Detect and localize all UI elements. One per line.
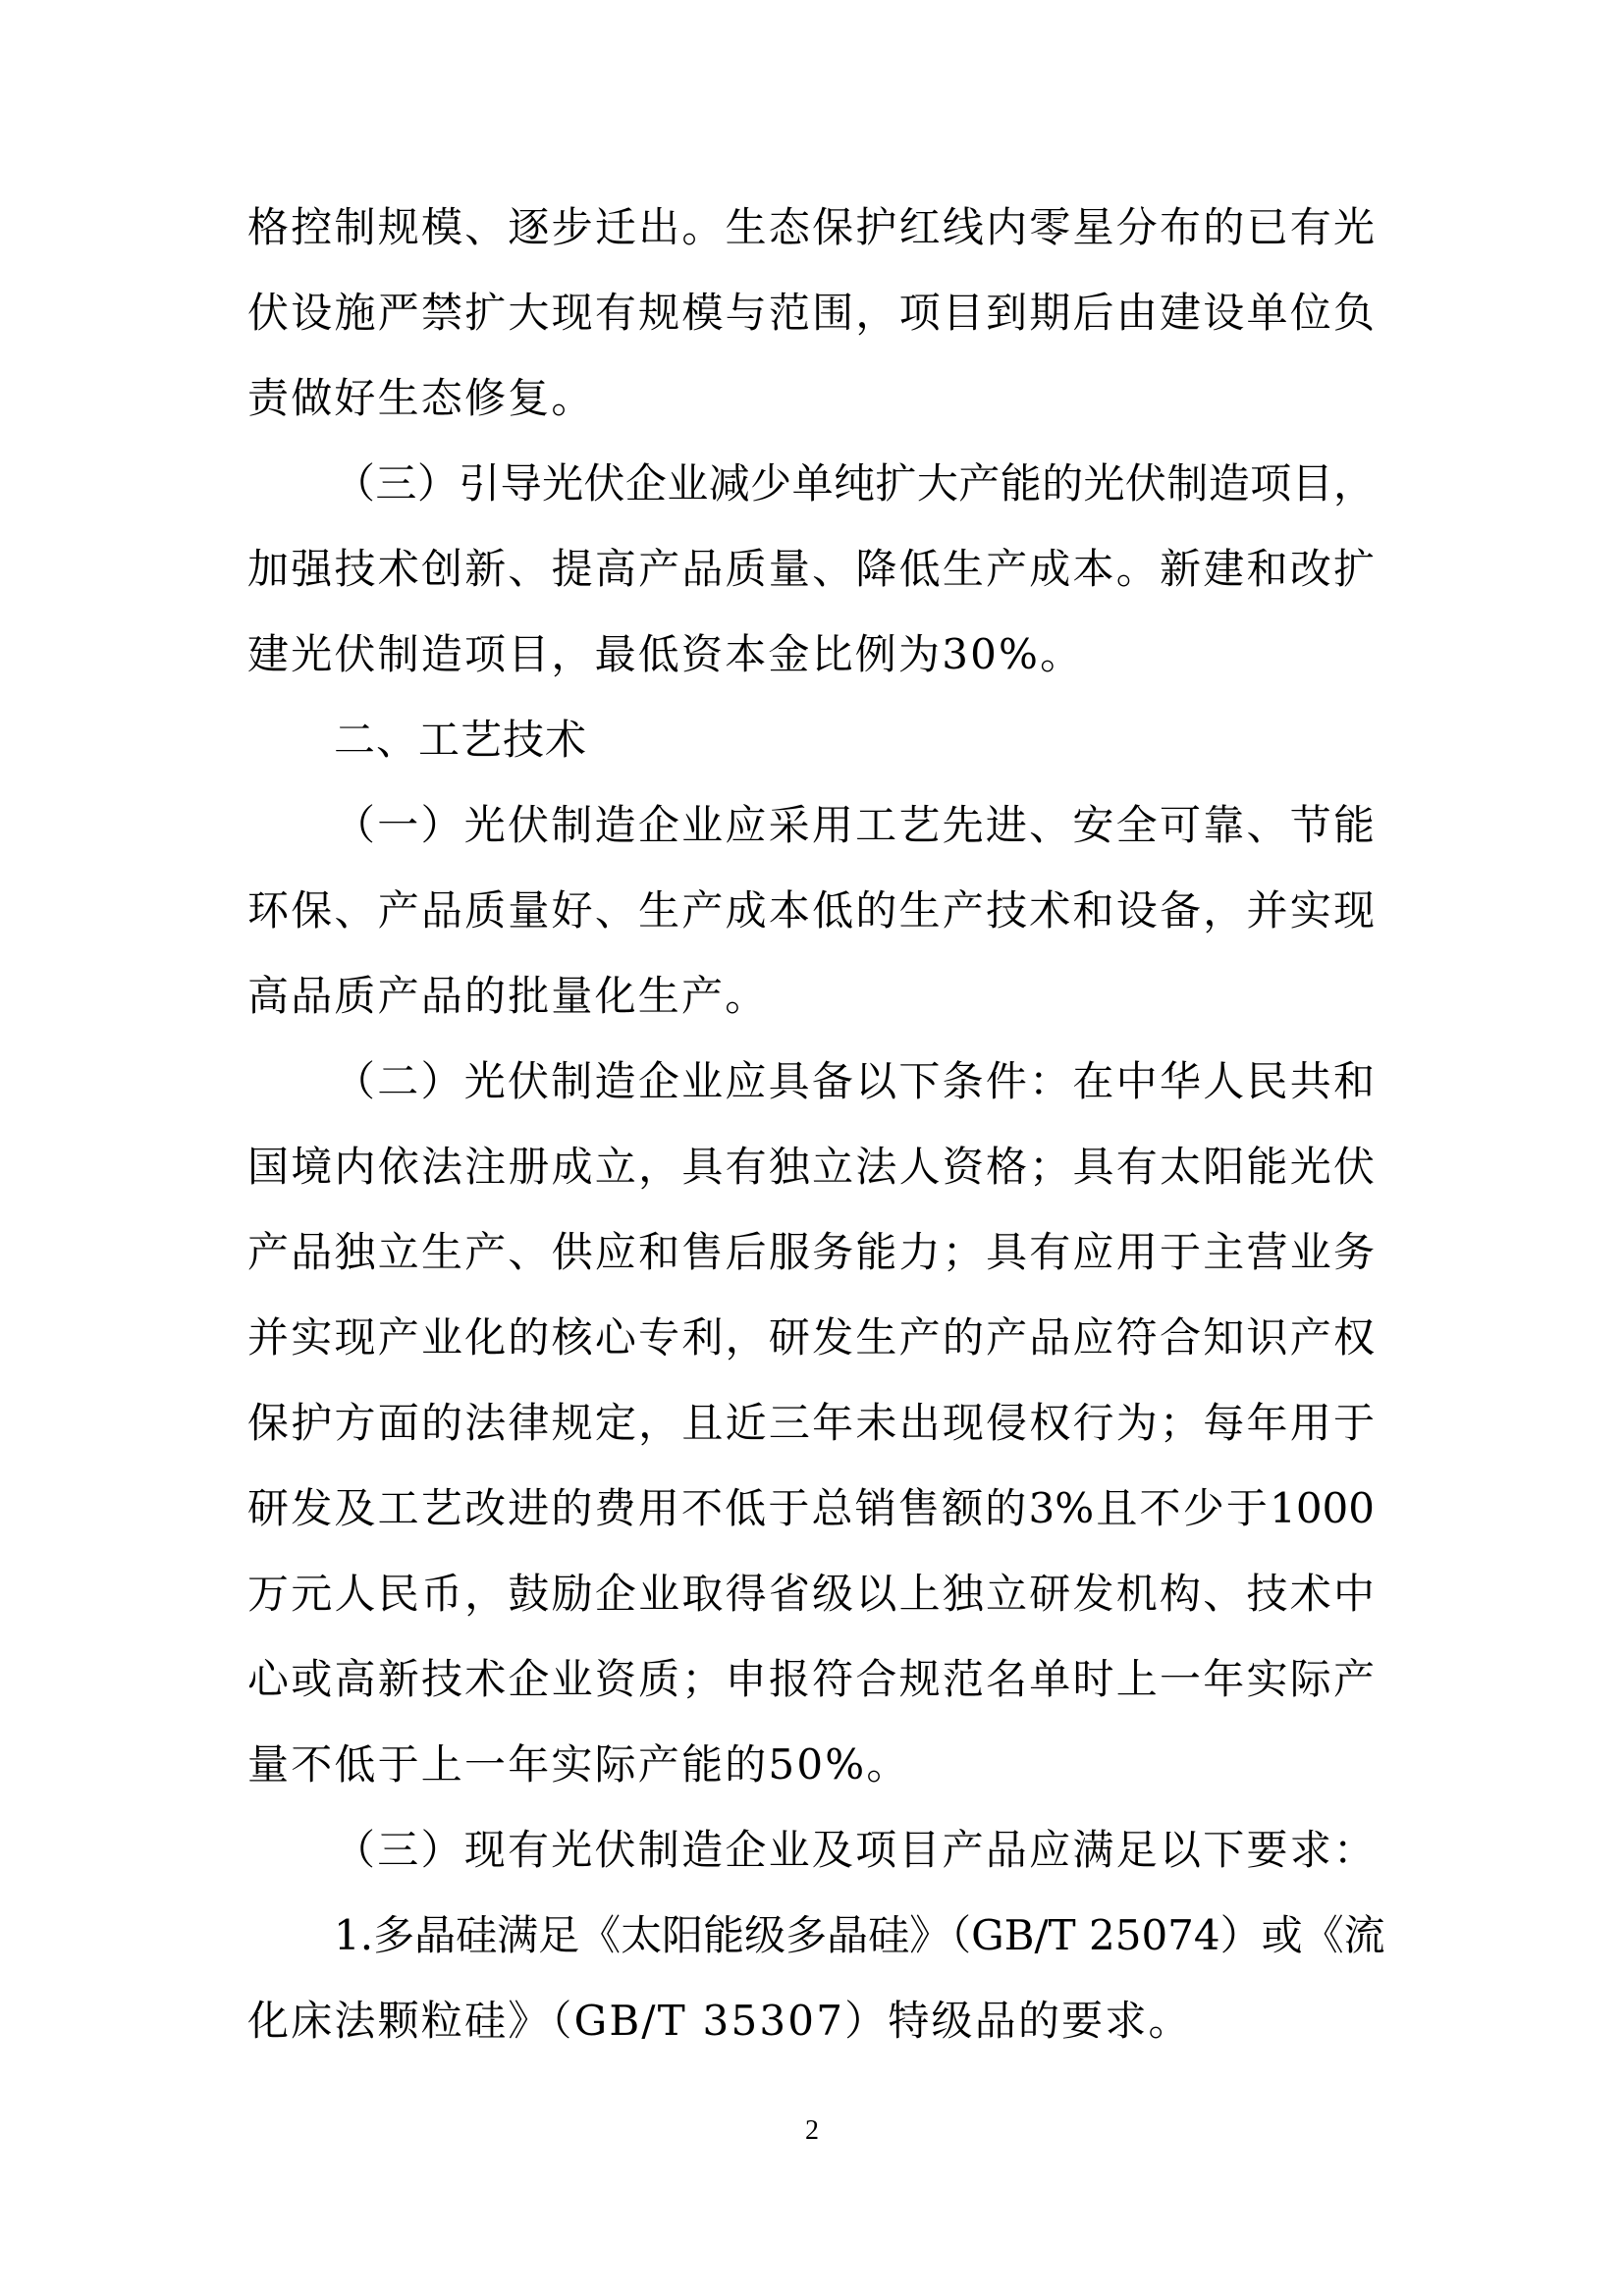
paragraph-line: 化床法颗粒硅》（GB/T 35307）特级品的要求。 (247, 1978, 1386, 2063)
paragraph-line: 量不低于上一年实际产能的50%。 (247, 1722, 1386, 1807)
paragraph-line: 并实现产业化的核心专利，研发生产的产品应符合知识产权 (247, 1295, 1375, 1380)
document-page: 格控制规模、逐步迁出。生态保护红线内零星分布的已有光 伏设施严禁扩大现有规模与范… (0, 0, 1624, 2296)
section-heading: 二、工艺技术 (247, 697, 1386, 782)
page-number: 2 (0, 2115, 1624, 2147)
document-body: 格控制规模、逐步迁出。生态保护红线内零星分布的已有光 伏设施严禁扩大现有规模与范… (247, 185, 1386, 2063)
paragraph-line: 环保、产品质量好、生产成本低的生产技术和设备，并实现 (247, 868, 1375, 953)
paragraph-line: 产品独立生产、供应和售后服务能力；具有应用于主营业务 (247, 1209, 1375, 1295)
paragraph-line: 责做好生态修复。 (247, 355, 1386, 441)
paragraph-line: 高品质产品的批量化生产。 (247, 953, 1386, 1039)
paragraph-line: （三）引导光伏企业减少单纯扩大产能的光伏制造项目， (247, 441, 1375, 526)
paragraph-line: 研发及工艺改进的费用不低于总销售额的3%且不少于1000 (247, 1466, 1375, 1551)
paragraph-line: 心或高新技术企业资质；申报符合规范名单时上一年实际产 (247, 1636, 1375, 1722)
paragraph-line: 加强技术创新、提高产品质量、降低生产成本。新建和改扩 (247, 526, 1375, 612)
paragraph-line: 万元人民币，鼓励企业取得省级以上独立研发机构、技术中 (247, 1551, 1375, 1636)
paragraph-line: 保护方面的法律规定，且近三年未出现侵权行为；每年用于 (247, 1380, 1375, 1466)
paragraph-line: 1.多晶硅满足《太阳能级多晶硅》（GB/T 25074）或《流 (247, 1893, 1375, 1978)
paragraph-line: （二）光伏制造企业应具备以下条件：在中华人民共和 (247, 1039, 1375, 1124)
paragraph-line: 国境内依法注册成立，具有独立法人资格；具有太阳能光伏 (247, 1124, 1375, 1209)
paragraph-line: （三）现有光伏制造企业及项目产品应满足以下要求： (247, 1807, 1375, 1893)
paragraph-line: 格控制规模、逐步迁出。生态保护红线内零星分布的已有光 (247, 185, 1375, 270)
paragraph-line: 建光伏制造项目，最低资本金比例为30%。 (247, 612, 1386, 697)
paragraph-line: 伏设施严禁扩大现有规模与范围，项目到期后由建设单位负 (247, 270, 1375, 355)
paragraph-line: （一）光伏制造企业应采用工艺先进、安全可靠、节能 (247, 782, 1375, 868)
